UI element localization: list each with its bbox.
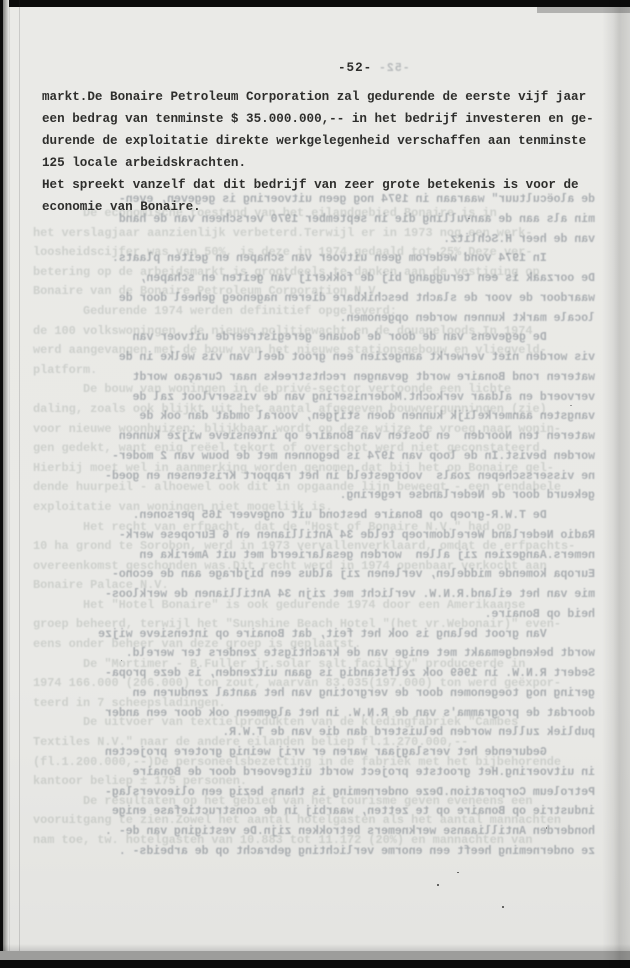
scanned-document-page: De economische toestand van het eilandge… [0, 0, 630, 968]
dust-speck [502, 906, 504, 908]
scan-edge-bottom [0, 960, 630, 968]
scan-edge-top [0, 0, 630, 7]
main-paragraph: markt.De Bonaire Petroleum Corporation z… [42, 86, 598, 218]
dust-speck [546, 827, 547, 829]
dust-speck [437, 884, 439, 886]
scan-edge-bottom-gray [0, 951, 630, 960]
page-crease-line [19, 0, 20, 952]
dust-speck [468, 218, 470, 219]
scan-edge-bottom-fade [0, 944, 630, 951]
dust-speck [570, 405, 572, 406]
scan-edge-right [602, 0, 630, 968]
page-number: -52- [338, 61, 372, 75]
page-number-ghost: -52- [378, 62, 410, 75]
dust-speck [121, 660, 122, 661]
bleedthrough-text-mirrored: de aloëcultuur" waaraan in 1974 nog geen… [25, 190, 595, 862]
page-crease-line [9, 0, 10, 952]
dust-speck [457, 872, 459, 873]
